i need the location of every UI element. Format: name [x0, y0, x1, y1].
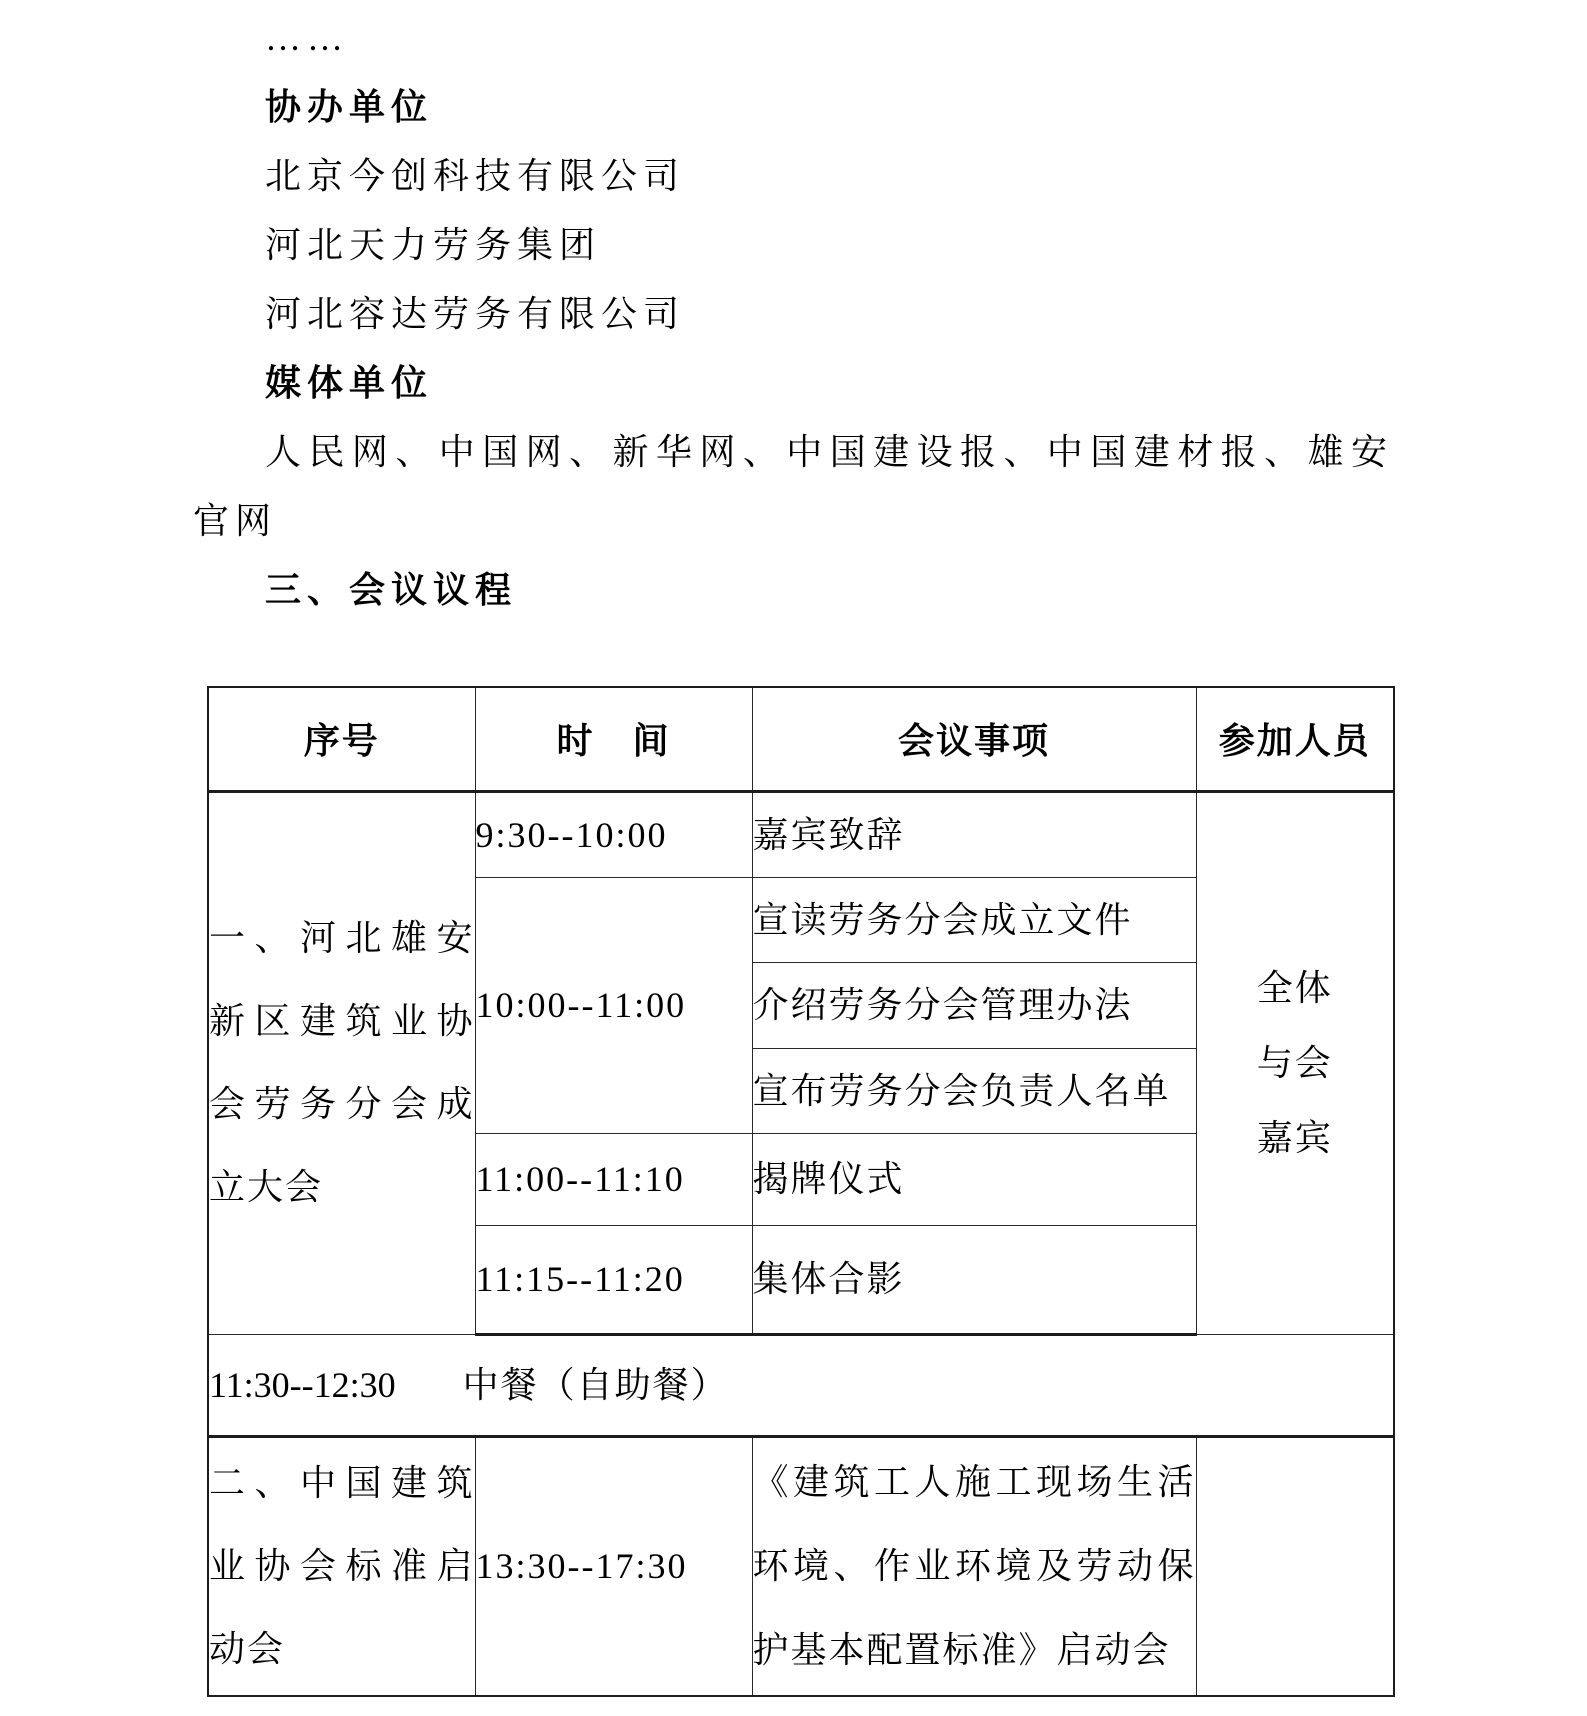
lunch-label: 中餐（自助餐） — [463, 1365, 729, 1405]
lunch-cell: 11:30--12:30 中餐（自助餐） — [208, 1334, 1394, 1436]
ellipsis-line: …… — [193, 4, 1393, 73]
section1-title-cell: 一、河北雄安新区建筑业协会劳务分会成立大会 — [208, 791, 475, 1334]
participants-cell: 全体 与会 嘉宾 — [1196, 791, 1394, 1334]
header-seq: 序号 — [208, 687, 475, 791]
time-cell: 13:30--17:30 — [475, 1436, 752, 1696]
document-page: …… 协办单位 北京今创科技有限公司 河北天力劳务集团 河北容达劳务有限公司 媒… — [0, 0, 1587, 1716]
time-cell: 9:30--10:00 — [475, 791, 752, 877]
table-header-row: 序号 时 间 会议事项 参加人员 — [208, 687, 1394, 791]
section2-title-cell: 二、中国建筑业协会标准启动会 — [208, 1436, 475, 1696]
item-cell: 嘉宾致辞 — [752, 791, 1196, 877]
co-organizer-item: 河北天力劳务集团 — [193, 211, 1393, 280]
time-cell: 11:15--11:20 — [475, 1225, 752, 1334]
item-cell: 宣布劳务分会负责人名单 — [752, 1048, 1196, 1133]
lunch-time: 11:30--12:30 — [209, 1365, 396, 1405]
header-time: 时 间 — [475, 687, 752, 791]
item-cell: 宣读劳务分会成立文件 — [752, 877, 1196, 962]
participants-cell-empty — [1196, 1436, 1394, 1696]
table-row: 一、河北雄安新区建筑业协会劳务分会成立大会 9:30--10:00 嘉宾致辞 全… — [208, 791, 1394, 877]
item-cell: 集体合影 — [752, 1225, 1196, 1334]
item-cell: 《建筑工人施工现场生活环境、作业环境及劳动保护基本配置标准》启动会 — [752, 1436, 1196, 1696]
co-organizer-heading: 协办单位 — [193, 73, 1393, 142]
agenda-table: 序号 时 间 会议事项 参加人员 一、河北雄安新区建筑业协会劳务分会成立大会 9… — [207, 686, 1395, 1697]
time-cell: 11:00--11:10 — [475, 1133, 752, 1225]
lunch-row: 11:30--12:30 中餐（自助餐） — [208, 1334, 1394, 1436]
time-cell: 10:00--11:00 — [475, 877, 752, 1133]
co-organizer-item: 北京今创科技有限公司 — [193, 142, 1393, 211]
header-item: 会议事项 — [752, 687, 1196, 791]
agenda-heading: 三、会议议程 — [193, 556, 1393, 625]
table-row: 二、中国建筑业协会标准启动会 13:30--17:30 《建筑工人施工现场生活环… — [208, 1436, 1394, 1696]
item-cell: 介绍劳务分会管理办法 — [752, 962, 1196, 1048]
participant-line: 嘉宾 — [1197, 1101, 1394, 1176]
participant-line: 与会 — [1197, 1026, 1394, 1101]
co-organizer-item: 河北容达劳务有限公司 — [193, 280, 1393, 349]
item-cell: 揭牌仪式 — [752, 1133, 1196, 1225]
media-heading: 媒体单位 — [193, 349, 1393, 418]
header-participants: 参加人员 — [1196, 687, 1394, 791]
media-list: 人民网、中国网、新华网、中国建设报、中国建材报、雄安官网 — [193, 418, 1393, 556]
participant-line: 全体 — [1197, 951, 1394, 1026]
